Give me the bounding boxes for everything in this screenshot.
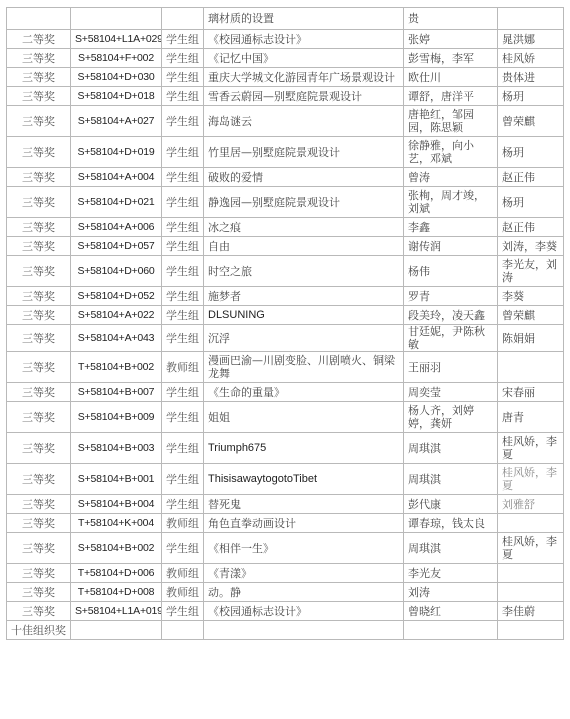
award-cell: 三等奖 <box>7 168 71 187</box>
table-row: 三等奖T+58104+D+008教师组动。静刘涛 <box>7 583 564 602</box>
code-cell: T+58104+D+006 <box>71 564 162 583</box>
table-row: 三等奖S+58104+D+021学生组静逸园—别墅庭院景观设计张栒，周才竣，刘斌… <box>7 187 564 218</box>
table-row: 三等奖S+58104+F+002学生组《记忆中国》彭雪梅，李军桂风娇 <box>7 49 564 68</box>
group-cell <box>162 621 204 640</box>
group-cell: 学生组 <box>162 30 204 49</box>
group-cell: 学生组 <box>162 495 204 514</box>
table-row: 三等奖T+58104+K+004教师组角色直拳动画设计谭春琼，钱太良 <box>7 514 564 533</box>
author-cell: 谢传润 <box>404 237 498 256</box>
code-cell: T+58104+K+004 <box>71 514 162 533</box>
author-cell: 曾涛 <box>404 168 498 187</box>
code-cell: S+58104+A+043 <box>71 325 162 352</box>
title-cell: 时空之旅 <box>204 256 404 287</box>
title-cell: 雪香云蔚园—别墅庭院景观设计 <box>204 87 404 106</box>
code-cell: S+58104+B+002 <box>71 533 162 564</box>
advisor-cell: 赵正伟 <box>498 218 564 237</box>
award-cell: 三等奖 <box>7 137 71 168</box>
table-row: 三等奖S+58104+B+002学生组《相伴一生》周琪淇桂风娇，李夏 <box>7 533 564 564</box>
advisor-cell: 曾荣麒 <box>498 106 564 137</box>
awards-table-body: 璃材质的设置 贵 二等奖S+58104+L1A+029学生组《校园通标志设计》张… <box>7 8 564 640</box>
author-cell: 徐静雅，向小艺，邓斌 <box>404 137 498 168</box>
advisor-cell: 桂风娇 <box>498 49 564 68</box>
advisor-cell: 李佳蔚 <box>498 602 564 621</box>
award-cell: 三等奖 <box>7 87 71 106</box>
title-cell: 自由 <box>204 237 404 256</box>
code-cell: S+58104+B+009 <box>71 402 162 433</box>
table-row: 十佳组织奖 <box>7 621 564 640</box>
title-cell: ThisisawaytogotoTibet <box>204 464 404 495</box>
header-title: 璃材质的设置 <box>204 8 404 30</box>
code-cell: S+58104+A+022 <box>71 306 162 325</box>
table-row: 三等奖S+58104+A+006学生组冰之痕李鑫赵正伟 <box>7 218 564 237</box>
table-row: 三等奖S+58104+D+018学生组雪香云蔚园—别墅庭院景观设计谭舒，唐洋平杨… <box>7 87 564 106</box>
award-cell: 三等奖 <box>7 495 71 514</box>
title-cell: 漫画巴渝—川剧变脸、川剧喷火、铜梁龙舞 <box>204 352 404 383</box>
award-cell: 三等奖 <box>7 433 71 464</box>
title-cell: Triumph675 <box>204 433 404 464</box>
title-cell: DLSUNING <box>204 306 404 325</box>
code-cell: S+58104+A+004 <box>71 168 162 187</box>
group-cell: 教师组 <box>162 514 204 533</box>
advisor-cell: 桂风娇，李夏 <box>498 433 564 464</box>
code-cell: S+58104+B+001 <box>71 464 162 495</box>
title-cell: 破败的爱情 <box>204 168 404 187</box>
table-row: 三等奖S+58104+D+030学生组重庆大学城文化游园青年广场景观设计欧仕川贵… <box>7 68 564 87</box>
author-cell: 周琪淇 <box>404 433 498 464</box>
code-cell: S+58104+B+003 <box>71 433 162 464</box>
group-cell: 学生组 <box>162 49 204 68</box>
group-cell: 学生组 <box>162 533 204 564</box>
group-cell: 学生组 <box>162 325 204 352</box>
author-cell: 谭春琼，钱太良 <box>404 514 498 533</box>
advisor-cell <box>498 514 564 533</box>
title-cell: 静逸园—别墅庭院景观设计 <box>204 187 404 218</box>
table-row: 三等奖S+58104+B+004学生组替死鬼彭代康刘雅舒 <box>7 495 564 514</box>
author-cell: 罗青 <box>404 287 498 306</box>
code-cell: T+58104+B+002 <box>71 352 162 383</box>
author-cell: 李光友 <box>404 564 498 583</box>
title-cell: 《青漾》 <box>204 564 404 583</box>
author-cell: 欧仕川 <box>404 68 498 87</box>
award-cell: 三等奖 <box>7 533 71 564</box>
header-group <box>162 8 204 30</box>
title-cell: 竹里居—别墅庭院景观设计 <box>204 137 404 168</box>
group-cell: 学生组 <box>162 383 204 402</box>
table-row: 三等奖S+58104+B+001学生组ThisisawaytogotoTibet… <box>7 464 564 495</box>
title-cell: 施梦者 <box>204 287 404 306</box>
award-cell: 三等奖 <box>7 256 71 287</box>
author-cell: 刘涛 <box>404 583 498 602</box>
title-cell: 《生命的重量》 <box>204 383 404 402</box>
group-cell: 学生组 <box>162 433 204 464</box>
author-cell: 谭舒，唐洋平 <box>404 87 498 106</box>
table-row: 二等奖S+58104+L1A+029学生组《校园通标志设计》张婷晁洪娜 <box>7 30 564 49</box>
group-cell: 教师组 <box>162 583 204 602</box>
award-cell: 三等奖 <box>7 352 71 383</box>
table-row: 三等奖S+58104+D+019学生组竹里居—别墅庭院景观设计徐静雅，向小艺，邓… <box>7 137 564 168</box>
author-cell: 彭雪梅，李军 <box>404 49 498 68</box>
table-row: 三等奖S+58104+B+009学生组姐姐杨人齐，刘婷婷，龚妍唐青 <box>7 402 564 433</box>
award-cell: 三等奖 <box>7 287 71 306</box>
author-cell: 唐艳红，邹园园，陈思颖 <box>404 106 498 137</box>
advisor-cell <box>498 621 564 640</box>
advisor-cell: 宋春丽 <box>498 383 564 402</box>
advisor-cell: 曾荣麒 <box>498 306 564 325</box>
table-row: 三等奖S+58104+D+060学生组时空之旅杨伟李光友，刘涛 <box>7 256 564 287</box>
advisor-cell <box>498 352 564 383</box>
advisor-cell: 刘涛，李葵 <box>498 237 564 256</box>
code-cell: S+58104+B+007 <box>71 383 162 402</box>
author-cell: 李鑫 <box>404 218 498 237</box>
author-cell: 王丽羽 <box>404 352 498 383</box>
table-row: 三等奖S+58104+L1A+019学生组《校园通标志设计》曾晓红李佳蔚 <box>7 602 564 621</box>
code-cell: S+58104+B+004 <box>71 495 162 514</box>
code-cell: S+58104+D+018 <box>71 87 162 106</box>
table-row: 三等奖S+58104+A+004学生组破败的爱情曾涛赵正伟 <box>7 168 564 187</box>
title-cell: 《记忆中国》 <box>204 49 404 68</box>
advisor-cell: 桂风娇，李夏 <box>498 533 564 564</box>
author-cell <box>404 621 498 640</box>
title-cell: 冰之痕 <box>204 218 404 237</box>
award-cell: 三等奖 <box>7 106 71 137</box>
header-author: 贵 <box>404 8 498 30</box>
award-cell: 三等奖 <box>7 306 71 325</box>
advisor-cell: 李葵 <box>498 287 564 306</box>
group-cell: 学生组 <box>162 256 204 287</box>
table-row: 三等奖S+58104+B+003学生组Triumph675周琪淇桂风娇，李夏 <box>7 433 564 464</box>
group-cell: 学生组 <box>162 464 204 495</box>
title-cell: 《校园通标志设计》 <box>204 30 404 49</box>
title-cell: 重庆大学城文化游园青年广场景观设计 <box>204 68 404 87</box>
group-cell: 学生组 <box>162 187 204 218</box>
group-cell: 学生组 <box>162 287 204 306</box>
table-row: 三等奖S+58104+B+007学生组《生命的重量》周奕莹宋春丽 <box>7 383 564 402</box>
author-cell: 杨人齐，刘婷婷，龚妍 <box>404 402 498 433</box>
code-cell <box>71 621 162 640</box>
author-cell: 段美玲，凌天鑫 <box>404 306 498 325</box>
title-cell: 海岛谜云 <box>204 106 404 137</box>
code-cell: S+58104+D+052 <box>71 287 162 306</box>
award-cell: 三等奖 <box>7 383 71 402</box>
code-cell: T+58104+D+008 <box>71 583 162 602</box>
award-cell: 三等奖 <box>7 464 71 495</box>
author-cell: 彭代康 <box>404 495 498 514</box>
advisor-cell: 陈娟娟 <box>498 325 564 352</box>
title-cell <box>204 621 404 640</box>
table-row: 三等奖T+58104+D+006教师组《青漾》李光友 <box>7 564 564 583</box>
header-award <box>7 8 71 30</box>
advisor-cell: 杨玥 <box>498 137 564 168</box>
code-cell: S+58104+D+021 <box>71 187 162 218</box>
author-cell: 周琪淇 <box>404 464 498 495</box>
author-cell: 周奕莹 <box>404 383 498 402</box>
table-row: 三等奖S+58104+D+052学生组施梦者罗青李葵 <box>7 287 564 306</box>
title-cell: 《相伴一生》 <box>204 533 404 564</box>
group-cell: 教师组 <box>162 564 204 583</box>
code-cell: S+58104+D+057 <box>71 237 162 256</box>
award-cell: 三等奖 <box>7 187 71 218</box>
advisor-cell: 刘雅舒 <box>498 495 564 514</box>
table-row: 三等奖S+58104+D+057学生组自由谢传润刘涛，李葵 <box>7 237 564 256</box>
award-cell: 三等奖 <box>7 49 71 68</box>
advisor-cell: 李光友，刘涛 <box>498 256 564 287</box>
title-cell: 动。静 <box>204 583 404 602</box>
author-cell: 张栒，周才竣，刘斌 <box>404 187 498 218</box>
award-cell: 三等奖 <box>7 68 71 87</box>
award-cell: 三等奖 <box>7 583 71 602</box>
award-cell: 二等奖 <box>7 30 71 49</box>
author-cell: 曾晓红 <box>404 602 498 621</box>
group-cell: 学生组 <box>162 106 204 137</box>
author-cell: 甘廷妮，尹陈秋敏 <box>404 325 498 352</box>
author-cell: 杨伟 <box>404 256 498 287</box>
code-cell: S+58104+D+019 <box>71 137 162 168</box>
advisor-cell <box>498 583 564 602</box>
table-header-row: 璃材质的设置 贵 <box>7 8 564 30</box>
table-row: 三等奖S+58104+A+043学生组沉浮甘廷妮，尹陈秋敏陈娟娟 <box>7 325 564 352</box>
award-cell: 三等奖 <box>7 402 71 433</box>
title-cell: 《校园通标志设计》 <box>204 602 404 621</box>
group-cell: 学生组 <box>162 68 204 87</box>
title-cell: 姐姐 <box>204 402 404 433</box>
author-cell: 周琪淇 <box>404 533 498 564</box>
award-cell: 三等奖 <box>7 218 71 237</box>
award-cell: 三等奖 <box>7 602 71 621</box>
awards-table: 璃材质的设置 贵 二等奖S+58104+L1A+029学生组《校园通标志设计》张… <box>6 7 564 640</box>
advisor-cell: 赵正伟 <box>498 168 564 187</box>
code-cell: S+58104+F+002 <box>71 49 162 68</box>
group-cell: 学生组 <box>162 237 204 256</box>
group-cell: 教师组 <box>162 352 204 383</box>
advisor-cell <box>498 564 564 583</box>
group-cell: 学生组 <box>162 168 204 187</box>
group-cell: 学生组 <box>162 137 204 168</box>
code-cell: S+58104+L1A+019 <box>71 602 162 621</box>
table-row: 三等奖S+58104+A+027学生组海岛谜云唐艳红，邹园园，陈思颖曾荣麒 <box>7 106 564 137</box>
award-cell: 三等奖 <box>7 325 71 352</box>
code-cell: S+58104+L1A+029 <box>71 30 162 49</box>
header-code <box>71 8 162 30</box>
advisor-cell: 唐青 <box>498 402 564 433</box>
table-row: 三等奖T+58104+B+002教师组漫画巴渝—川剧变脸、川剧喷火、铜梁龙舞王丽… <box>7 352 564 383</box>
award-cell: 三等奖 <box>7 514 71 533</box>
award-cell: 十佳组织奖 <box>7 621 71 640</box>
title-cell: 角色直拳动画设计 <box>204 514 404 533</box>
award-cell: 三等奖 <box>7 564 71 583</box>
title-cell: 沉浮 <box>204 325 404 352</box>
advisor-cell: 晁洪娜 <box>498 30 564 49</box>
code-cell: S+58104+D+060 <box>71 256 162 287</box>
table-row: 三等奖S+58104+A+022学生组DLSUNING段美玲，凌天鑫曾荣麒 <box>7 306 564 325</box>
code-cell: S+58104+A+006 <box>71 218 162 237</box>
code-cell: S+58104+A+027 <box>71 106 162 137</box>
advisor-cell: 桂风娇，李夏 <box>498 464 564 495</box>
group-cell: 学生组 <box>162 218 204 237</box>
advisor-cell: 贵体进 <box>498 68 564 87</box>
code-cell: S+58104+D+030 <box>71 68 162 87</box>
award-cell: 三等奖 <box>7 237 71 256</box>
advisor-cell: 杨玥 <box>498 87 564 106</box>
advisor-cell: 杨玥 <box>498 187 564 218</box>
title-cell: 替死鬼 <box>204 495 404 514</box>
header-advisor <box>498 8 564 30</box>
group-cell: 学生组 <box>162 87 204 106</box>
group-cell: 学生组 <box>162 306 204 325</box>
author-cell: 张婷 <box>404 30 498 49</box>
group-cell: 学生组 <box>162 402 204 433</box>
group-cell: 学生组 <box>162 602 204 621</box>
